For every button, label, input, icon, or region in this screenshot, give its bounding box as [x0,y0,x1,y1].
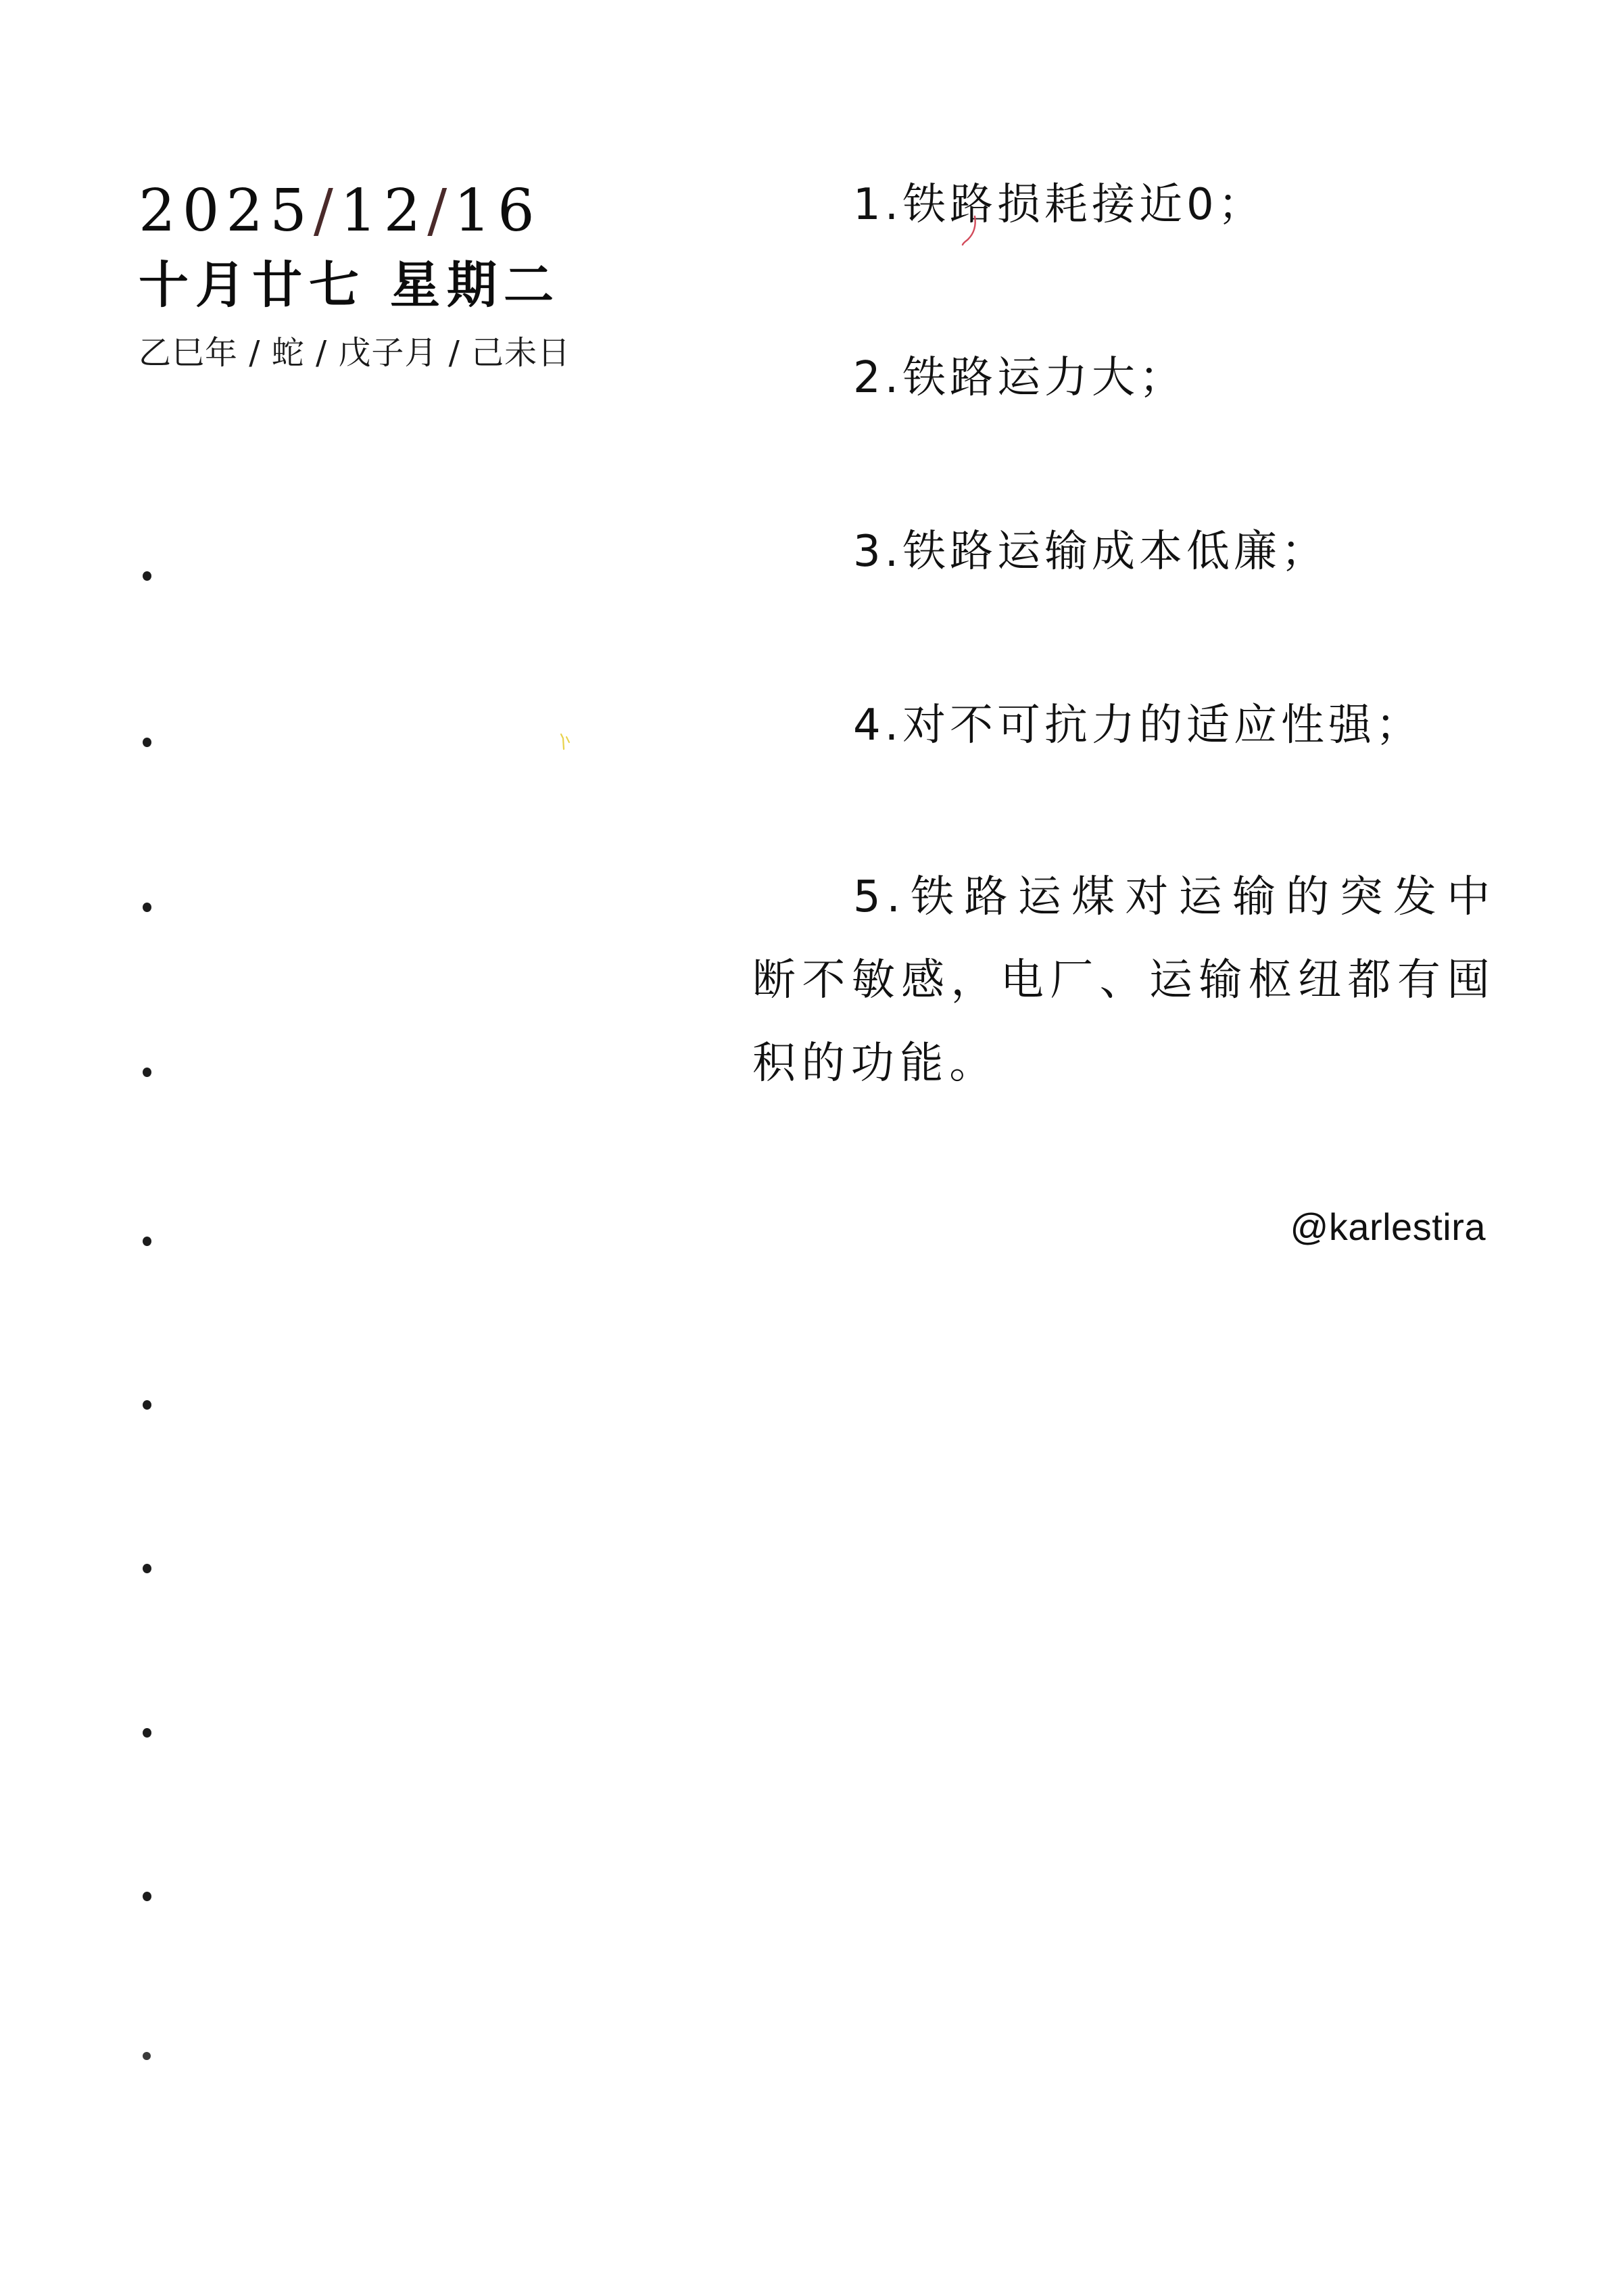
journal-page: 2025/12/16 十月廿七星期二 乙巳年 / 蛇 / 戊子月 / 己未日 1… [0,0,1621,2296]
note-text: 2.铁路运力大； [853,353,1186,403]
note-item-4: 4.对不可抗力的适应性强； [752,684,1496,767]
bullet-dot-icon [143,738,151,747]
note-item-3: 3.铁路运输成本低廉； [752,510,1496,594]
bullet-dot-icon [143,903,151,912]
date-separator: / [314,177,340,245]
note-item-1: 1.铁路损耗接近0； [752,164,1496,247]
bullet-dot-column [0,0,203,2296]
note-text: 4.对不可抗力的适应性强； [853,700,1423,750]
gregorian-date: 2025/12/16 [139,177,747,245]
author-handle: @karlestira [1271,1203,1486,1251]
red-pen-mark-icon [960,215,980,247]
note-text: 1.铁路损耗接近0； [853,180,1265,230]
date-day: 16 [454,177,541,245]
ganzhi-line: 乙巳年 / 蛇 / 戊子月 / 己未日 [139,333,747,373]
bullet-dot-icon [143,1237,151,1246]
bullet-dot-icon [143,1564,151,1573]
weekday: 星期二 [390,256,560,314]
lunar-date-line: 十月廿七星期二 [139,253,747,318]
bullet-dot-icon [143,571,151,581]
bullet-dot-icon [143,1892,151,1901]
note-item-5: 5.铁路运煤对运输的突发中断不敏感，电厂、运输枢纽都有囤积的功能。 [752,856,1496,1105]
date-separator: / [427,177,454,245]
date-month: 12 [340,177,427,245]
date-header: 2025/12/16 十月廿七星期二 乙巳年 / 蛇 / 戊子月 / 己未日 [139,177,747,373]
note-item-2: 2.铁路运力大； [752,337,1496,420]
bullet-dot-icon [143,1068,151,1077]
yellow-ink-mark-icon [558,732,575,750]
bullet-dot-icon [143,1400,151,1410]
bullet-dot-icon [143,2052,151,2060]
bullet-dot-icon [143,1728,151,1738]
note-text: 3.铁路运输成本低廉； [853,527,1328,577]
